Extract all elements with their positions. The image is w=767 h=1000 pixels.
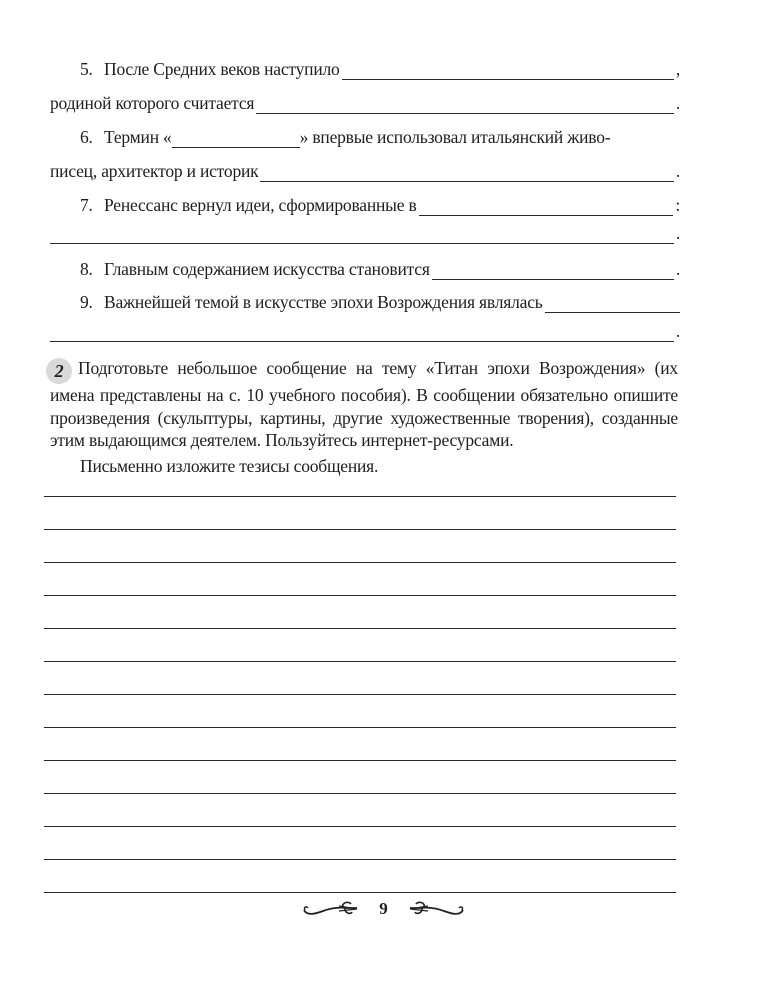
answer-blank[interactable] [256,96,674,114]
item-number: 6. [80,126,104,148]
item-text: Главным содержанием искусства становится [104,258,430,280]
answer-line[interactable] [44,595,676,596]
item-text: Ренессанс вернул идеи, сформированные в [104,194,417,216]
item-number: 8. [80,258,104,280]
task-number-badge: 2 [46,358,72,384]
answer-line[interactable] [44,826,676,827]
item-7-line-1: 7. Ренессанс вернул идеи, сформированные… [50,194,680,216]
item-9-line-1: 9. Важнейшей темой в искусстве эпохи Воз… [50,291,680,313]
answer-line[interactable] [44,562,676,563]
item-text: родиной которого считается [50,92,254,114]
answer-blank[interactable] [50,324,674,342]
item-6-line-1: 6. Термин « » впервые использовал италья… [50,126,680,148]
workbook-page: 5. После Средних веков наступило , родин… [0,0,767,1000]
page-footer: 9 [0,898,767,928]
item-text: » впервые использовал итальянский живо- [300,126,611,148]
answer-line[interactable] [44,760,676,761]
left-flourish-icon [301,898,361,920]
task-text: Подготовьте небольшое сообщение на тему … [50,358,678,450]
answer-line[interactable] [44,496,676,497]
item-number: 9. [80,291,104,313]
answer-blank[interactable] [260,164,673,182]
answer-line[interactable] [44,727,676,728]
answer-blank[interactable] [50,226,674,244]
item-text: После Средних веков наступило [104,58,340,80]
item-5-line-1: 5. После Средних веков наступило , [50,58,680,80]
punctuation: : [675,194,680,216]
punctuation: , [676,58,680,80]
punctuation: . [676,160,680,182]
right-flourish-icon [406,898,466,920]
task-instruction: Письменно изложите тезисы сообщения. [80,455,378,477]
item-8-line: 8. Главным содержанием искусства станови… [50,258,680,280]
punctuation: . [676,92,680,114]
answer-blank[interactable] [172,130,300,148]
answer-blank[interactable] [419,198,674,216]
item-text: писец, архитектор и историк [50,160,258,182]
page-number: 9 [379,899,388,919]
answer-line[interactable] [44,628,676,629]
punctuation: . [676,320,680,342]
answer-line[interactable] [44,793,676,794]
item-text: Важнейшей темой в искусстве эпохи Возрож… [104,291,543,313]
item-9-line-2: . [50,320,680,342]
item-6-line-2: писец, архитектор и историк . [50,160,680,182]
item-text: Термин « [104,126,172,148]
answer-blank[interactable] [432,262,674,280]
punctuation: . [676,258,680,280]
answer-line[interactable] [44,892,676,893]
item-5-line-2: родиной которого считается . [50,92,680,114]
answer-blank[interactable] [545,295,680,313]
item-7-line-2: . [50,222,680,244]
punctuation: . [676,222,680,244]
answer-line[interactable] [44,661,676,662]
answer-line[interactable] [44,529,676,530]
answer-line[interactable] [44,694,676,695]
answer-line[interactable] [44,859,676,860]
answer-blank[interactable] [342,62,674,80]
item-number: 5. [80,58,104,80]
item-number: 7. [80,194,104,216]
task-2-prompt: 2Подготовьте небольшое сообщение на тему… [50,357,678,452]
